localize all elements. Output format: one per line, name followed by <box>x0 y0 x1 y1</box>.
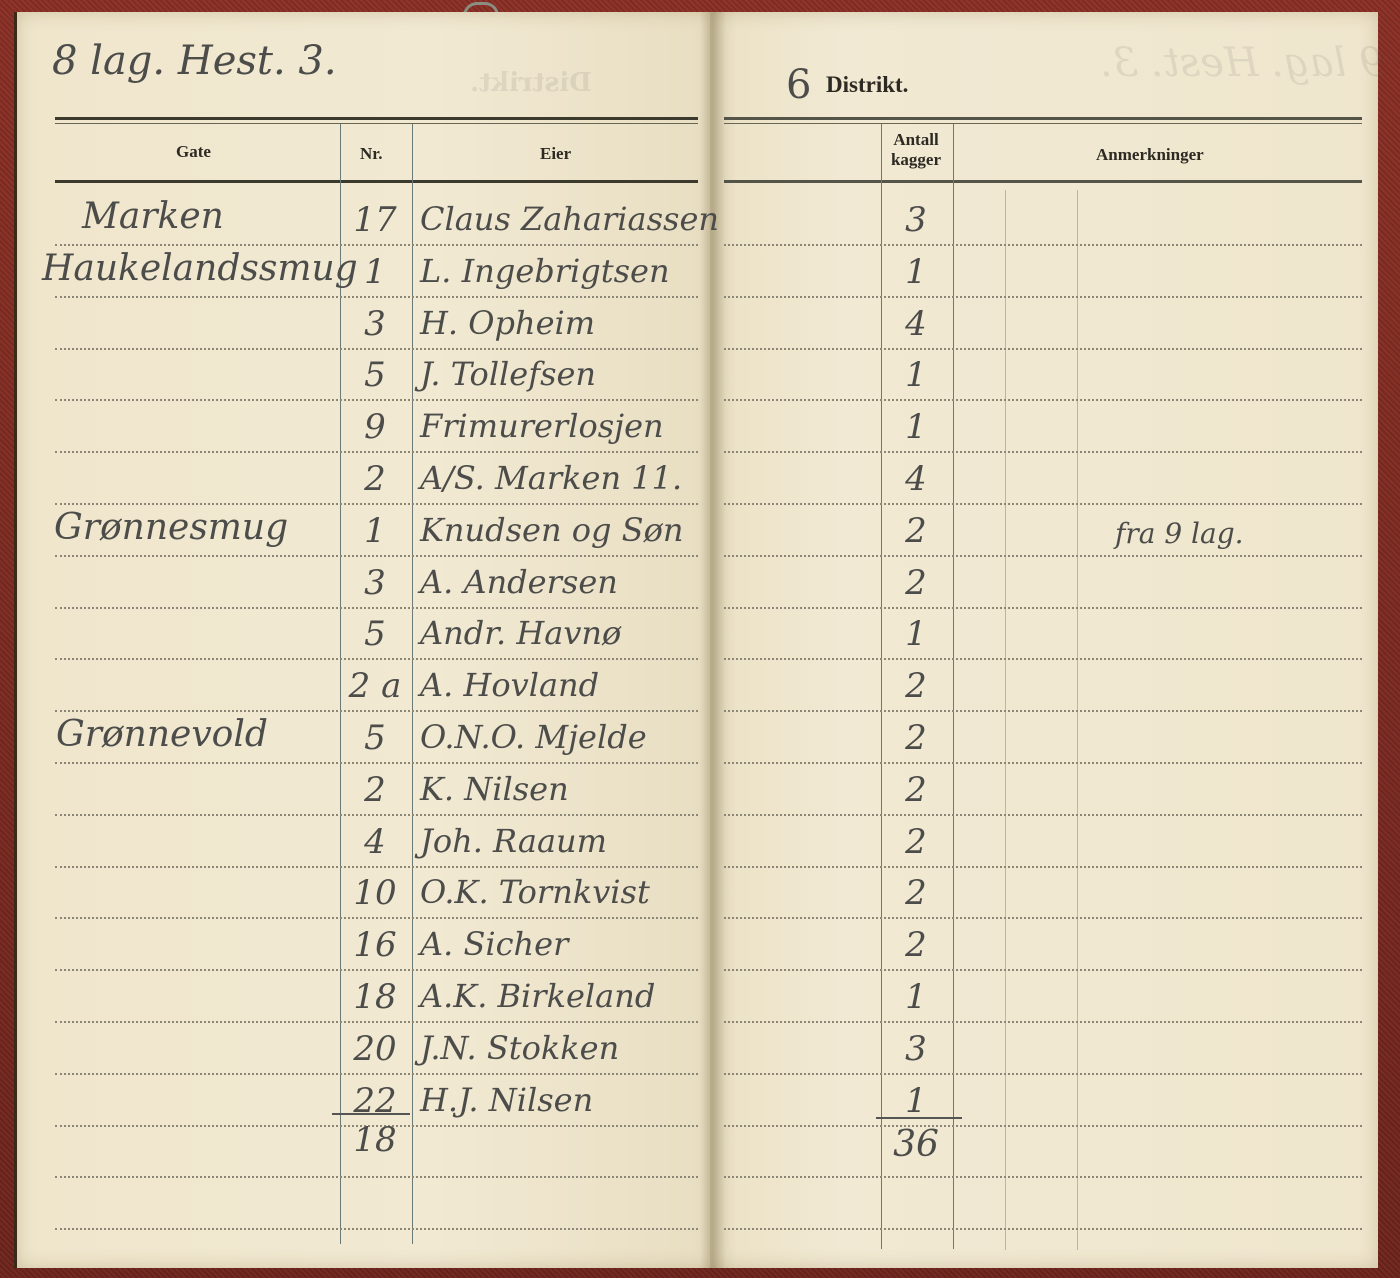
antall-cell: 4 <box>880 459 952 499</box>
gate-cell: Haukelandssmug <box>42 248 358 289</box>
nr-cell: 20 <box>340 1029 410 1069</box>
column-header-anmerkninger: Anmerkninger <box>1096 145 1204 165</box>
row-rule <box>55 244 698 246</box>
eier-cell: J.N. Stokken <box>420 1029 619 1067</box>
row-rule <box>55 814 698 816</box>
row-rule <box>55 555 698 557</box>
nr-cell: 17 <box>340 200 410 240</box>
gate-cell: Grønnesmug <box>54 507 288 548</box>
antall-cell: 4 <box>880 304 952 344</box>
eier-cell: H. Opheim <box>420 304 595 342</box>
gate-cell: Grønnevold <box>56 714 268 755</box>
eier-cell: A/S. Marken 11. <box>420 459 682 497</box>
eier-cell: K. Nilsen <box>420 770 569 808</box>
row-rule <box>55 607 698 609</box>
antall-cell: 1 <box>880 614 952 654</box>
antall-line: Antall <box>886 130 946 150</box>
row-rule <box>724 710 1362 712</box>
antall-cell: 3 <box>880 200 952 240</box>
row-rule <box>724 658 1362 660</box>
nr-cell: 3 <box>340 304 410 344</box>
nr-cell: 1 <box>340 511 410 551</box>
row-rule <box>55 503 698 505</box>
column-header-antall-kagger: Antall kagger <box>886 130 946 170</box>
nr-cell: 10 <box>340 873 410 913</box>
nr-cell: 2 <box>340 770 410 810</box>
antall-cell: 1 <box>880 407 952 447</box>
antall-cell: 3 <box>880 1029 952 1069</box>
antall-cell: 2 <box>880 718 952 758</box>
row-rule <box>724 1073 1362 1075</box>
total-antall: 36 <box>880 1124 952 1165</box>
eier-cell: H.J. Nilsen <box>420 1081 593 1119</box>
header-top-rule <box>724 117 1362 120</box>
antall-cell: 1 <box>880 1081 952 1121</box>
nr-cell: 9 <box>340 407 410 447</box>
header-top-rule <box>55 117 698 120</box>
row-rule <box>724 917 1362 919</box>
row-rule <box>55 969 698 971</box>
antall-cell: 2 <box>880 925 952 965</box>
nr-cell: 18 <box>340 977 410 1017</box>
row-rule <box>724 244 1362 246</box>
row-rule <box>724 762 1362 764</box>
nr-cell: 2 <box>340 459 410 499</box>
column-header-nr: Nr. <box>360 144 383 164</box>
row-rule <box>55 348 698 350</box>
show-through-text: 9 lag. Hest. 3. <box>1100 40 1385 86</box>
antall-cell: 2 <box>880 770 952 810</box>
antall-cell: 1 <box>880 355 952 395</box>
anmerkning-cell: fra 9 lag. <box>1115 517 1244 550</box>
eier-cell: J. Tollefsen <box>420 355 596 393</box>
row-rule <box>55 296 698 298</box>
antall-cell: 2 <box>880 873 952 913</box>
header-bottom-rule <box>55 180 698 183</box>
eier-cell: A.K. Birkeland <box>420 977 655 1015</box>
row-rule <box>724 814 1362 816</box>
nr-cell: 1 <box>340 252 410 292</box>
row-rule <box>724 969 1362 971</box>
row-rule <box>724 1125 1362 1127</box>
eier-cell: A. Sicher <box>420 925 568 963</box>
eier-cell: Joh. Raaum <box>420 822 607 860</box>
row-rule <box>724 866 1362 868</box>
column-header-gate: Gate <box>176 142 211 162</box>
antall-cell: 2 <box>880 666 952 706</box>
antall-cell: 1 <box>880 252 952 292</box>
eier-cell: A. Andersen <box>420 563 618 601</box>
nr-cell: 4 <box>340 822 410 862</box>
nr-cell: 5 <box>340 614 410 654</box>
row-rule <box>724 607 1362 609</box>
nr-cell: 22 <box>340 1081 410 1121</box>
show-through-text: Distrikt. <box>470 68 592 98</box>
right-page <box>710 12 1378 1268</box>
eier-cell: O.K. Tornkvist <box>420 873 650 911</box>
eier-cell: O.N.O. Mjelde <box>420 718 647 756</box>
row-rule <box>55 1228 698 1230</box>
row-rule <box>724 399 1362 401</box>
row-rule <box>55 1176 698 1178</box>
eier-cell: L. Ingebrigtsen <box>420 252 670 290</box>
header-top-rule <box>55 123 698 124</box>
gate-cell: Marken <box>82 196 224 237</box>
row-rule <box>55 399 698 401</box>
header-top-rule <box>724 123 1362 124</box>
row-rule <box>724 555 1362 557</box>
antall-cell: 1 <box>880 977 952 1017</box>
row-rule <box>55 1021 698 1023</box>
row-rule <box>55 710 698 712</box>
district-label: Distrikt. <box>826 72 908 98</box>
row-rule <box>724 503 1362 505</box>
nr-cell: 16 <box>340 925 410 965</box>
antall-cell: 2 <box>880 511 952 551</box>
eier-cell: Frimurerlosjen <box>420 407 664 445</box>
nr-cell: 5 <box>340 718 410 758</box>
eier-cell: Claus Zahariassen <box>420 200 719 238</box>
header-bottom-rule <box>724 180 1362 183</box>
row-rule <box>724 348 1362 350</box>
column-divider <box>953 124 954 1249</box>
sum-underline-nr <box>332 1113 410 1115</box>
nr-cell: 3 <box>340 563 410 603</box>
row-rule <box>55 866 698 868</box>
row-rule <box>724 451 1362 453</box>
kagger-line: kagger <box>886 150 946 170</box>
row-rule <box>55 917 698 919</box>
nr-cell: 5 <box>340 355 410 395</box>
row-rule <box>55 1073 698 1075</box>
row-rule <box>55 762 698 764</box>
antall-cell: 2 <box>880 563 952 603</box>
antall-cell: 2 <box>880 822 952 862</box>
column-divider <box>412 124 413 1244</box>
eier-cell: A. Hovland <box>420 666 599 704</box>
nr-cell: 2 a <box>340 666 410 706</box>
row-rule <box>724 1176 1362 1178</box>
row-rule <box>55 658 698 660</box>
row-rule <box>724 1228 1362 1230</box>
row-rule <box>724 296 1362 298</box>
row-rule <box>55 451 698 453</box>
eier-cell: Andr. Havnø <box>420 614 621 652</box>
column-header-eier: Eier <box>540 144 571 164</box>
district-number: 6 <box>786 62 811 108</box>
row-rule <box>724 1021 1362 1023</box>
sum-underline-antall <box>876 1117 962 1119</box>
total-count: 18 <box>340 1120 410 1160</box>
eier-cell: Knudsen og Søn <box>420 511 683 549</box>
header-note: 8 lag. Hest. 3. <box>52 38 337 84</box>
